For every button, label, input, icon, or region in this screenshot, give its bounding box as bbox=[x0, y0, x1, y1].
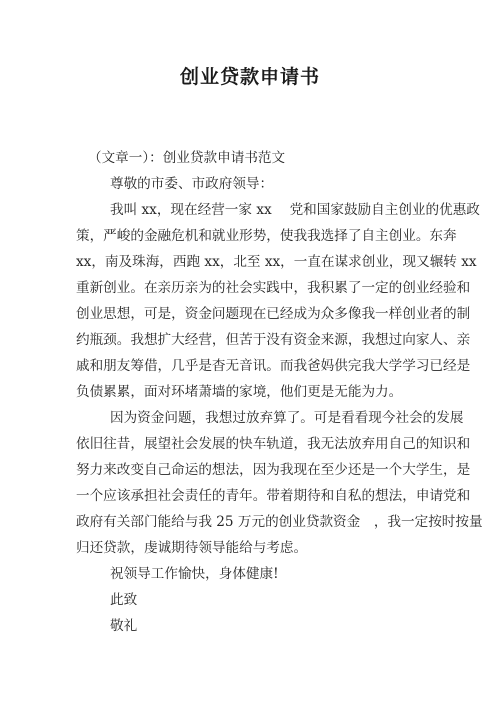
paragraph-line: 一个应该承担社会责任的青年。带着期待和自私的想法，申请党和 bbox=[76, 483, 426, 509]
document-page: 创业贷款申请书 （文章一）：创业贷款申请书范文 尊敬的市委、市政府领导： 我叫 … bbox=[0, 0, 500, 708]
paragraph-line: 戚和朋友筹借，几乎是杳无音讯。而我爸妈供完我大学学习已经是 bbox=[76, 353, 426, 379]
paragraph-line: 努力来改变自己命运的想法，因为我现在至少还是一个大学生，是 bbox=[76, 457, 426, 483]
paragraph-line: 策，严峻的金融危机和就业形势，使我我选择了自主创业。东奔 bbox=[76, 223, 426, 249]
closing-greeting-2: 敬礼 bbox=[110, 613, 426, 639]
salutation: 尊敬的市委、市政府领导： bbox=[110, 171, 426, 197]
article-subheading: （文章一）：创业贷款申请书范文 bbox=[88, 145, 426, 171]
paragraph-1: 我叫 xx，现在经营一家 xx 党和国家鼓励自主创业的优惠政 策，严峻的金融危机… bbox=[76, 197, 426, 405]
paragraph-line: 重新创业。在亲历亲为的社会实践中，我积累了一定的创业经验和 bbox=[76, 275, 426, 301]
paragraph-line: 依旧往昔，展望社会发展的快车轨道，我无法放弃用自己的知识和 bbox=[76, 431, 426, 457]
paragraph-line: 我叫 xx，现在经营一家 xx 党和国家鼓励自主创业的优惠政 bbox=[110, 197, 426, 223]
paragraph-line: 归还贷款，虔诚期待领导能给与考虑。 bbox=[76, 535, 426, 561]
paragraph-line: 约瓶颈。我想扩大经营，但苦于没有资金来源，我想过向家人、亲 bbox=[76, 327, 426, 353]
closing-wish: 祝领导工作愉快，身体健康! bbox=[110, 561, 426, 587]
paragraph-2: 因为资金问题，我想过放弃算了。可是看看现今社会的发展 依旧往昔，展望社会发展的快… bbox=[76, 405, 426, 561]
paragraph-line: xx，南及珠海，西跑 xx，北至 xx，一直在谋求创业，现又辗转 xx bbox=[76, 249, 426, 275]
paragraph-line: 政府有关部门能给与我 25 万元的创业贷款资金 ，我一定按时按量 bbox=[76, 509, 426, 535]
paragraph-line: 因为资金问题，我想过放弃算了。可是看看现今社会的发展 bbox=[110, 405, 426, 431]
closing-greeting-1: 此致 bbox=[110, 587, 426, 613]
paragraph-line: 负债累累，面对环堵萧墙的家境，他们更是无能为力。 bbox=[76, 379, 426, 405]
document-title: 创业贷款申请书 bbox=[0, 62, 500, 89]
document-body: （文章一）：创业贷款申请书范文 尊敬的市委、市政府领导： 我叫 xx，现在经营一… bbox=[76, 145, 426, 639]
paragraph-line: 创业思想，可是，资金问题现在已经成为众多像我一样创业者的制 bbox=[76, 301, 426, 327]
